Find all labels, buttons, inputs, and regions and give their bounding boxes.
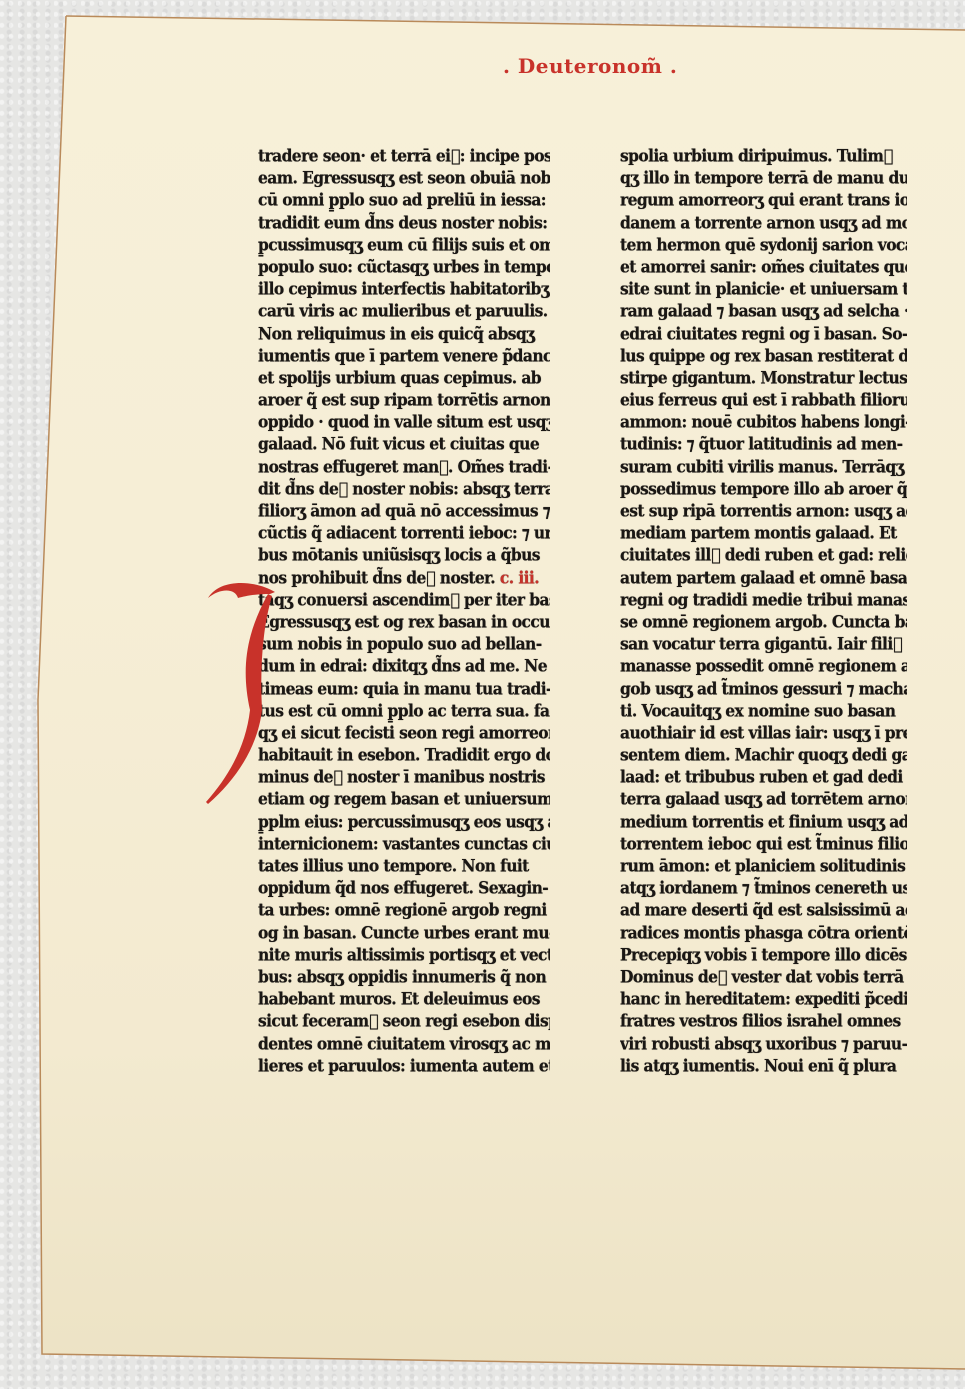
text-line: atqʒ iordanem ⁊ t̃minos cenereth usqʒ (620, 876, 907, 900)
text-line: medium torrentis et finium usqʒ ad (620, 810, 907, 834)
text-line: oppido · quod in valle situm est usqʒ (258, 410, 550, 434)
text-line: Egressusqʒ est og rex basan in occur- (258, 610, 550, 634)
text-line: taqʒ conuersi ascendim᷒ per iter basan. (258, 588, 550, 612)
text-line: Non reliquimus in eis quicq̃ absqʒ (258, 322, 550, 346)
text-line: og in basan. Cuncte urbes erant mu- (258, 921, 550, 945)
text-line: sicut feceram᷒ seon regi esebon disper- (258, 1009, 550, 1033)
rubricated-initial-I (200, 580, 280, 805)
text-line: oppidum q̃d nos effugeret. Sexagin- (258, 876, 550, 900)
chapter-number: c. iii. (495, 567, 539, 588)
text-line: lieres et paruulos: iumenta autem et (258, 1054, 550, 1078)
text-line: torrentem ieboc qui est t̃minus filio- (620, 832, 907, 856)
text-line: sum nobis in populo suo ad bellan- (258, 632, 550, 656)
text-line: ammon: nouē cubitos habens longi- (620, 410, 907, 434)
text-line: spolia urbium diripuimus. Tulim᷒ (620, 144, 907, 168)
text-line: lus quippe og rex basan restiterat de (620, 344, 907, 368)
text-line: internicionem: vastantes cunctas ciui- (258, 832, 550, 856)
text-line: Precepiqʒ vobis ī tempore illo dicēs. (620, 943, 907, 967)
text-line: rum āmon: et planiciem solitudinis (620, 854, 907, 878)
text-line: populo suo: cũctasqʒ urbes in tempore (258, 255, 550, 279)
text-line: suram cubiti virilis manus. Terrāqʒ (620, 455, 907, 479)
text-line: minus de᷒ noster ī manibus nostris (258, 765, 550, 789)
text-line: edrai ciuitates regni og ī basan. So- (620, 322, 907, 346)
text-line: iumentis que ī partem venere p̃dancium: (258, 344, 550, 368)
text-line: dentes omnē ciuitatem virosqʒ ac mu- (258, 1032, 550, 1056)
text-line: tradidit eum d̃ns deus noster nobis: (258, 211, 550, 235)
text-line: Dominus de᷒ vester dat vobis terrā (620, 965, 907, 989)
right-text-column: spolia urbium diripuimus. Tulim᷒qʒ illo … (620, 145, 907, 1077)
text-line: et amorrei sanir: om̃es ciuitates que (620, 255, 907, 279)
text-line: sentem diem. Machir quoqʒ dedi ga- (620, 743, 907, 767)
text-line: fratres vestros filios israhel omnes (620, 1009, 907, 1033)
text-line: bus mōtanis uniũsisqʒ locis a q̃bus (258, 543, 550, 567)
text-line: p̱plm eius: percussimusqʒ eos usqʒ ad (258, 810, 550, 834)
text-line: cū omni p̱plo suo ad preliū in iessa: ⁊ (258, 188, 550, 212)
left-text-column: tradere seon· et terrā ei᷒: incipe possi… (258, 145, 550, 1077)
text-line: timeas eum: quia in manu tua tradi- (258, 677, 550, 701)
text-line: tus est cū omni p̱plo ac terra sua. faci… (258, 699, 550, 723)
text-line: cũctis q̃ adiacent torrenti ieboc: ⁊ urb… (258, 521, 550, 545)
text-line: illo cepimus interfectis habitatoribʒ (258, 277, 550, 301)
text-line: tradere seon· et terrā ei᷒: incipe possi… (258, 144, 550, 168)
text-line: auothiair id est villas iair: usqʒ ī pre… (620, 721, 907, 745)
text-line: tudinis: ⁊ q̃tuor latitudinis ad men- (620, 433, 907, 457)
text-line: ta urbes: omnē regionē argob regni (258, 898, 550, 922)
text-line: possedimus tempore illo ab aroer q̃ (620, 477, 907, 501)
text-line: aroer q̃ est sup ripam torrētis arnon (258, 388, 550, 412)
text-line: ti. Vocauitqʒ ex nomine suo basan (620, 699, 907, 723)
text-line: eius ferreus qui est ī rabbath filiorum (620, 388, 907, 412)
text-line: site sunt in planicie· et uniuersam ter- (620, 277, 907, 301)
text-line: p̱cussimusqʒ eum cū filijs suis et omi (258, 233, 550, 257)
text-line: habitauit in esebon. Tradidit ergo do- (258, 743, 550, 767)
text-line: et spolijs urbium quas cepimus. ab (258, 366, 550, 390)
text-line: laad: et tribubus ruben et gad dedi de (620, 765, 907, 789)
text-line: habebant muros. Et deleuimus eos (258, 987, 550, 1011)
text-line: hanc in hereditatem: expediti p̃cedite (620, 987, 907, 1011)
text-line: dit d̃ns de᷒ noster nobis: absqʒ terra (258, 477, 550, 501)
text-line: etiam og regem basan et uniuersum (258, 788, 550, 812)
text-line: eam. Egressusqʒ est seon obuiā nobis (258, 166, 550, 190)
text-line: filiorʒ āmon ad quā nō accessimus ⁊ (258, 499, 550, 523)
text-line: qʒ ei sicut fecisti seon regi amorreorʒ … (258, 721, 550, 745)
text-line: ram galaad ⁊ basan usqʒ ad selcha · ⁊ (620, 299, 907, 323)
text-line: danem a torrente arnon usqʒ ad mon- (620, 211, 907, 235)
text-line: bus: absqʒ oppidis innumeris q̃ non (258, 965, 550, 989)
text-line: radices montis phasga cōtra orientē. (620, 921, 907, 945)
text-line: galaad. Nō fuit vicus et ciuitas que (258, 433, 550, 457)
text-line: manasse possedit omnē regionem ar- (620, 654, 907, 678)
text-line: stirpe gigantum. Monstratur lectus (620, 366, 907, 390)
text-line: carū viris ac mulieribus et paruulis. (258, 299, 550, 323)
text-line: qʒ illo in tempore terrā de manu duorʒ (620, 166, 907, 190)
text-line: mediam partem montis galaad. Et (620, 521, 907, 545)
text-line: ad mare deserti q̃d est salsissimū ad (620, 898, 907, 922)
text-line: se omnē regionem argob. Cuncta ba- (620, 610, 907, 634)
text-line: regum amorreorʒ qui erant trans ior- (620, 188, 907, 212)
text-line: nite muris altissimis portisqʒ et vecti- (258, 943, 550, 967)
text-line: autem partem galaad et omnē basan (620, 566, 907, 590)
text-line: est sup ripā torrentis arnon: usqʒ ad (620, 499, 907, 523)
text-line: terra galaad usqʒ ad torrētem arnon (620, 788, 907, 812)
running-head: . Deuteronom̃ . (503, 54, 677, 78)
text-line: gob usqʒ ad t̃minos gessuri ⁊ macha- (620, 677, 907, 701)
text-line: viri robusti absqʒ uxoribus ⁊ paruu- (620, 1032, 907, 1056)
text-line: tates illius uno tempore. Non fuit (258, 854, 550, 878)
scanned-page: . Deuteronom̃ . tradere seon· et terrā e… (0, 0, 965, 1389)
text-line: dum in edrai: dixitqʒ d̃ns ad me. Ne (258, 654, 550, 678)
text-line: san vocatur terra gigantū. Iair fili᷒ (620, 632, 907, 656)
text-line: tem hermon quē sydonij sarion vocat (620, 233, 907, 257)
text-line: lis atqʒ iumentis. Noui enī q̃ plura (620, 1054, 907, 1078)
text-line: ciuitates ill᷒ dedi ruben et gad: reliq̃ (620, 543, 907, 567)
text-line: nos prohibuit d̃ns de᷒ noster. c. iii. (258, 566, 550, 590)
text-line: nostras effugeret man᷒. Om̃es tradi- (258, 455, 550, 479)
text-line: regni og tradidi medie tribui manas- (620, 588, 907, 612)
